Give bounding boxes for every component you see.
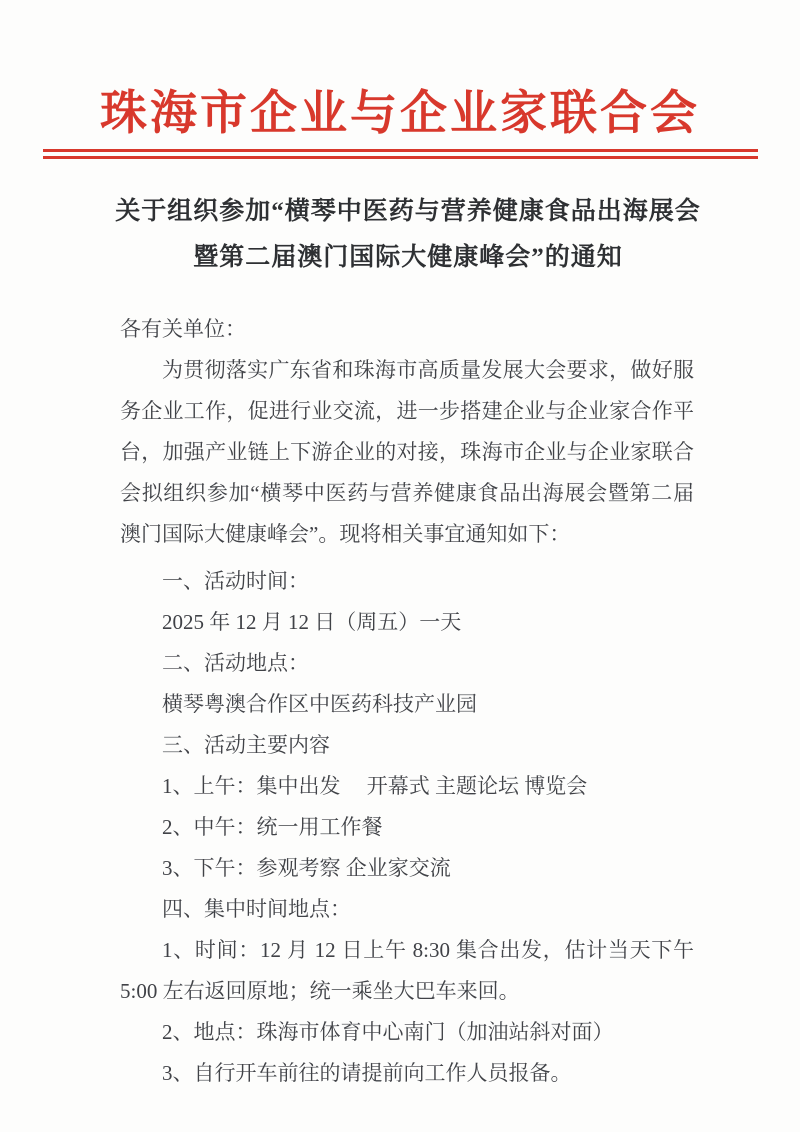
section-2-heading: 二、活动地点： (120, 643, 694, 684)
salutation: 各有关单位： (120, 309, 694, 350)
letterhead-rule-bottom (43, 156, 758, 159)
intro-paragraph-line: 务企业工作，促进行业交流，进一步搭建企业与企业家合作平 (120, 391, 694, 432)
notice-title-line-2: 暨第二届澳门国际大健康峰会”的通知 (16, 235, 800, 281)
event-location: 横琴粤澳合作区中医药科技产业园 (120, 684, 694, 725)
section-1-heading: 一、活动时间： (120, 561, 694, 602)
agenda-noon: 2、中午：统一用工作餐 (120, 807, 694, 848)
notice-document: 珠海市企业与企业家联合会 关于组织参加“横琴中医药与营养健康食品出海展会 暨第二… (0, 0, 800, 1132)
assembly-time-continuation: 5:00 左右返回原地；统一乘坐大巴车来回。 (120, 971, 694, 1012)
notice-body: 各有关单位： 为贯彻落实广东省和珠海市高质量发展大会要求，做好服 务企业工作，促… (120, 309, 694, 1094)
assembly-place: 2、地点：珠海市体育中心南门（加油站斜对面） (120, 1012, 694, 1053)
intro-paragraph-line: 台，加强产业链上下游企业的对接，珠海市企业与企业家联合 (120, 432, 694, 473)
section-3-heading: 三、活动主要内容 (120, 725, 694, 766)
notice-title-line-1: 关于组织参加“横琴中医药与营养健康食品出海展会 (16, 189, 800, 235)
agenda-morning: 1、上午：集中出发 开幕式 主题论坛 博览会 (120, 766, 694, 807)
intro-paragraph-line: 为贯彻落实广东省和珠海市高质量发展大会要求，做好服 (120, 350, 694, 391)
assembly-time-line: 1、时间：12 月 12 日上午 8:30 集合出发，估计当天下午 (120, 930, 694, 971)
agenda-afternoon: 3、下午：参观考察 企业家交流 (120, 848, 694, 889)
intro-paragraph-line: 澳门国际大健康峰会”。现将相关事宜通知如下： (120, 514, 694, 555)
self-drive-note: 3、自行开车前往的请提前向工作人员报备。 (120, 1053, 694, 1094)
letterhead-rule-top (43, 149, 758, 152)
intro-paragraph-line: 会拟组织参加“横琴中医药与营养健康食品出海展会暨第二届 (120, 473, 694, 514)
notice-title: 关于组织参加“横琴中医药与营养健康食品出海展会 暨第二届澳门国际大健康峰会”的通… (0, 189, 800, 281)
section-4-heading: 四、集中时间地点： (120, 889, 694, 930)
letterhead-org-name: 珠海市企业与企业家联合会 (0, 0, 800, 146)
event-date: 2025 年 12 月 12 日（周五）一天 (120, 602, 694, 643)
letterhead-double-rule (0, 149, 800, 159)
